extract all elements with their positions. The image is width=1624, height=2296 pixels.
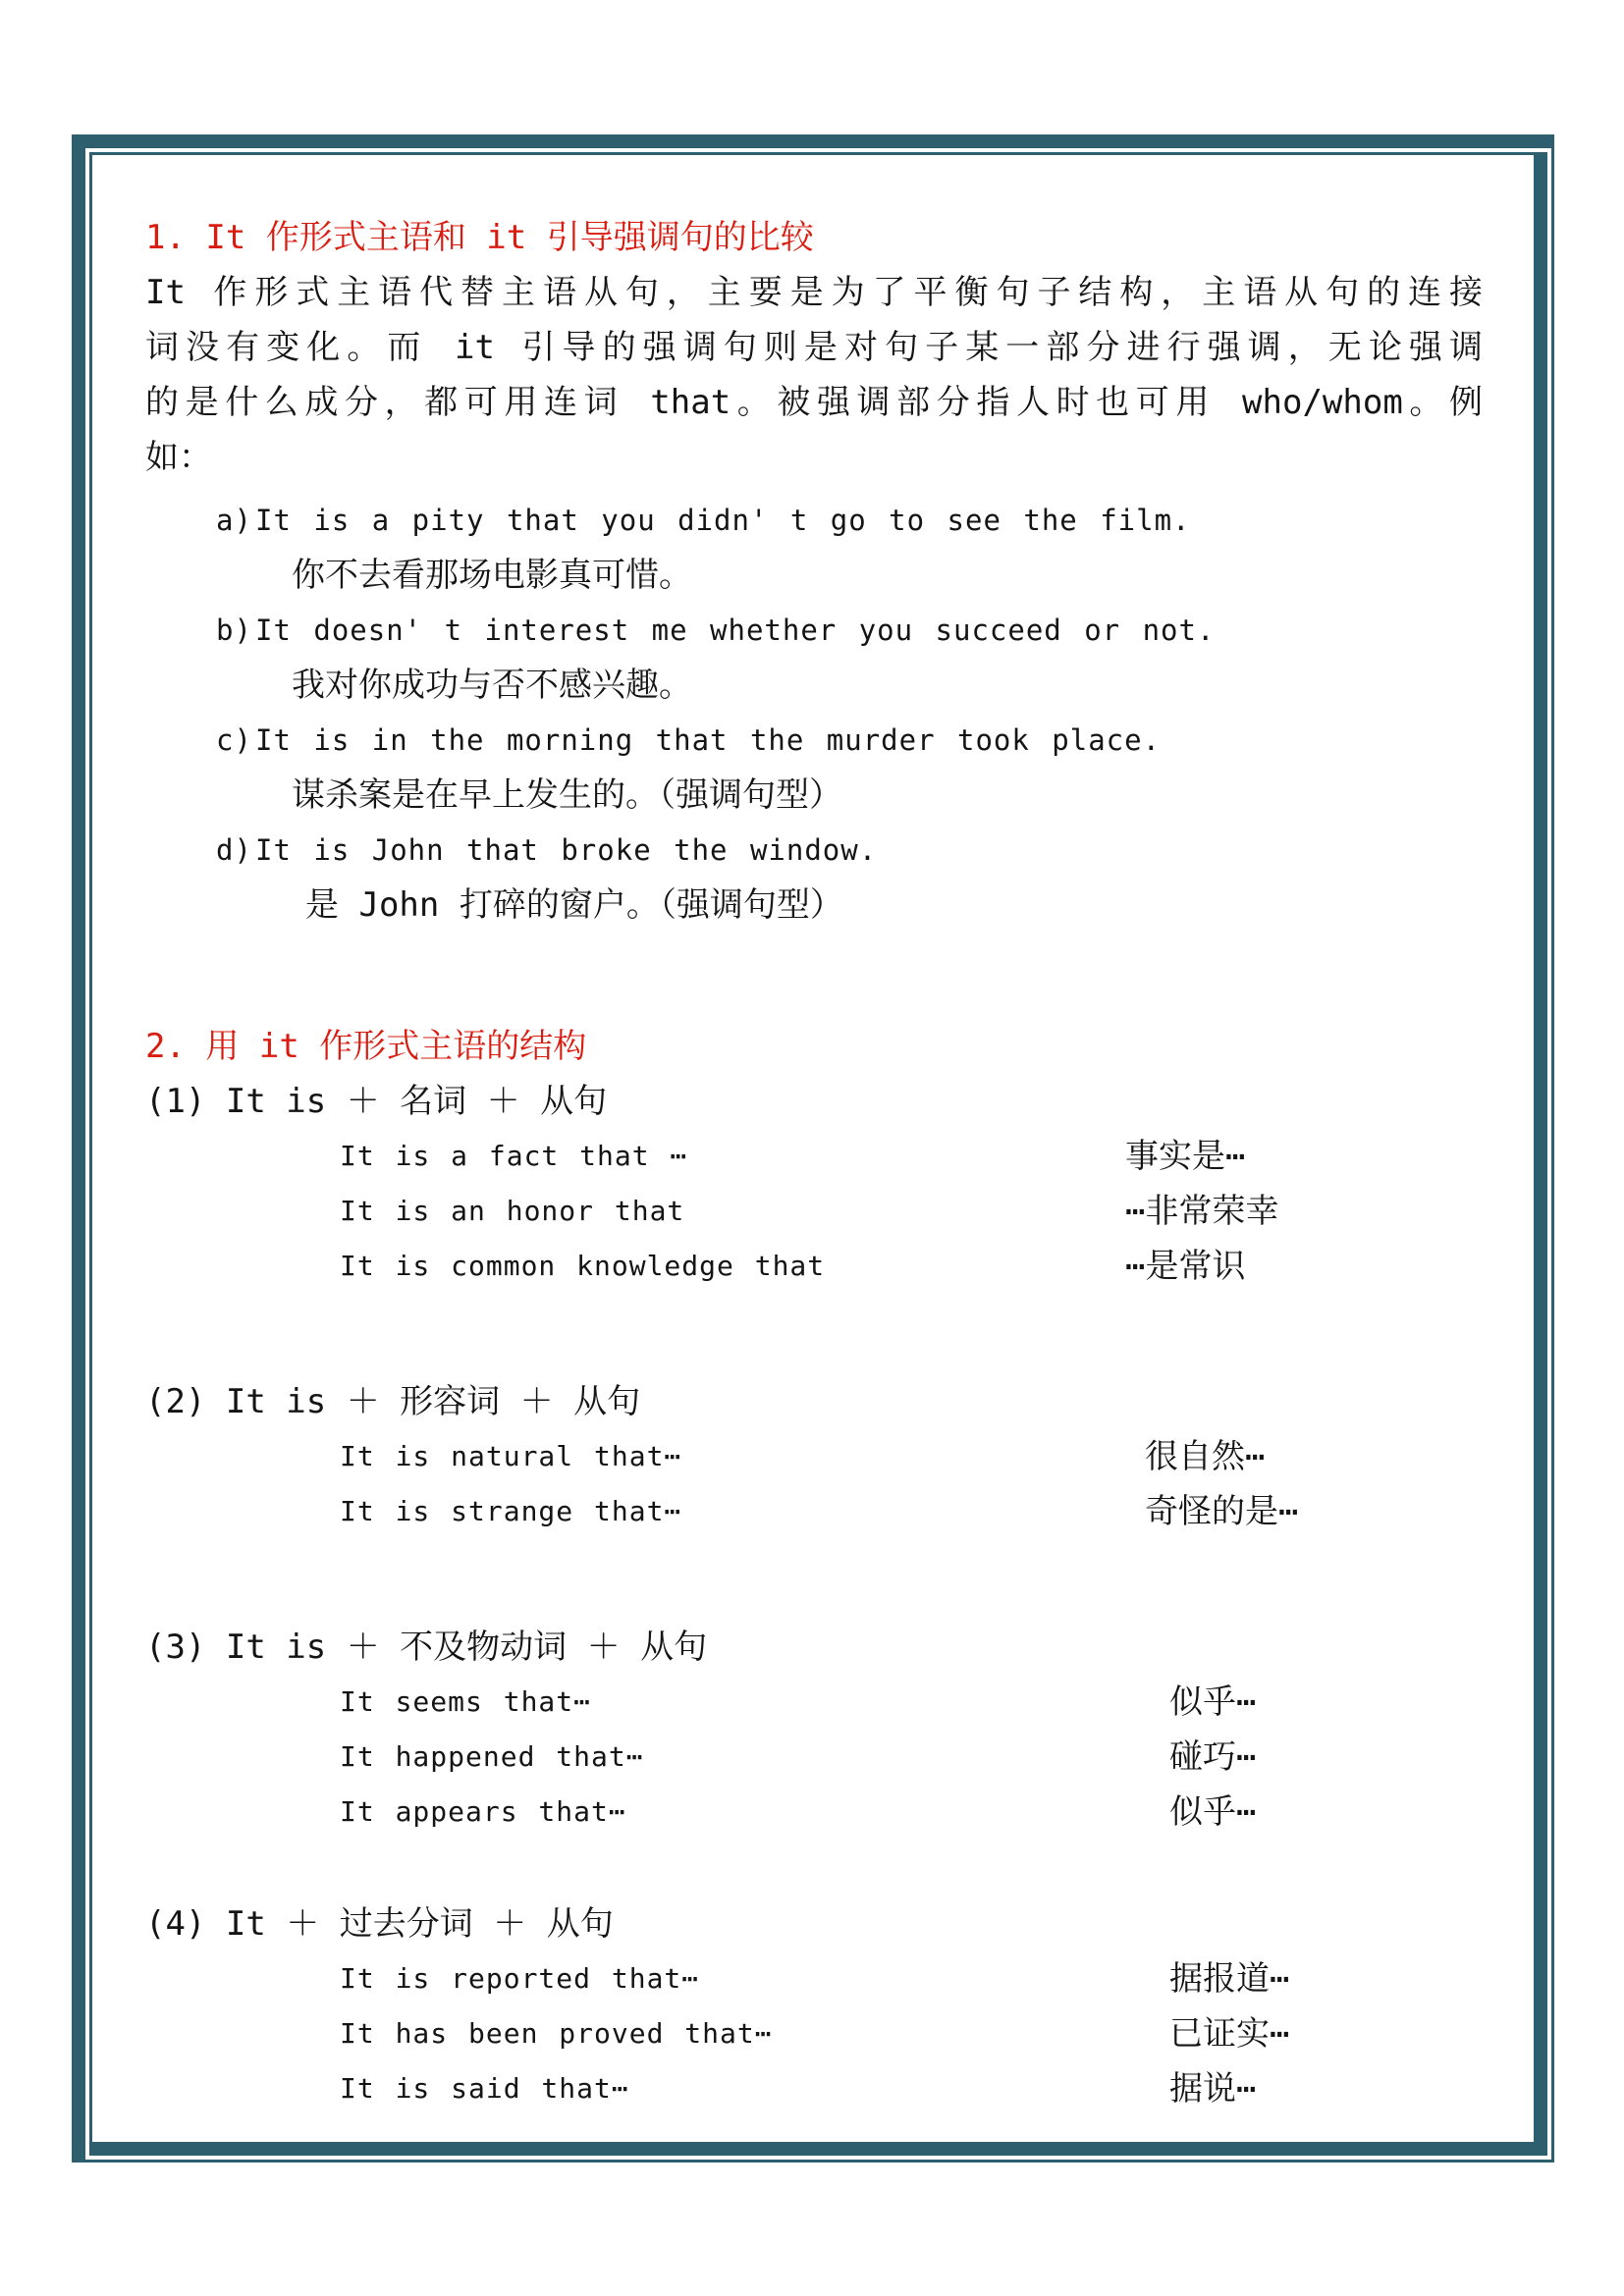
structure-group-1: (1) It is ＋ 名词 ＋ 从句 It is a fact that ⋯ … <box>145 1074 1483 1294</box>
structure-group-label: (2) It is ＋ 形容词 ＋ 从句 <box>145 1374 1483 1429</box>
structure-row: It is strange that⋯ 奇怪的是⋯ <box>145 1484 1483 1539</box>
structure-gloss: ⋯是常识 <box>1125 1239 1245 1294</box>
example-list: a) It is a pity that you didn' t go to s… <box>145 493 1483 933</box>
structure-group-label: (3) It is ＋ 不及物动词 ＋ 从句 <box>145 1620 1483 1675</box>
structure-pattern: It is a fact that ⋯ <box>340 1129 1125 1184</box>
structure-row: It is said that⋯ 据说⋯ <box>145 2061 1483 2116</box>
example-label: b) <box>216 603 255 658</box>
example-a-english: a) It is a pity that you didn' t go to s… <box>145 493 1483 548</box>
paragraph-line: It 作形式主语代替主语从句，主要是为了平衡句子结构，主语从句的连接 <box>145 265 1483 320</box>
structure-gloss: ⋯非常荣幸 <box>1125 1184 1278 1239</box>
example-sentence: It is John that broke the window. <box>255 823 877 878</box>
paragraph-line: 词没有变化。而 it 引导的强调句则是对句子某一部分进行强调，无论强调 <box>145 320 1483 375</box>
example-sentence: It is a pity that you didn' t go to see … <box>255 493 1191 548</box>
page-content: 1. It 作形式主语和 it 引导强调句的比较 It 作形式主语代替主语从句，… <box>92 155 1534 2142</box>
structure-row: It is a fact that ⋯ 事实是⋯ <box>145 1129 1483 1184</box>
example-label: a) <box>216 493 255 548</box>
structure-pattern: It has been proved that⋯ <box>340 2006 1125 2061</box>
structure-gloss: 很自然⋯ <box>1145 1429 1265 1484</box>
structure-group-4: (4) It ＋ 过去分词 ＋ 从句 It is reported that⋯ … <box>145 1896 1483 2116</box>
example-sentence: It is in the morning that the murder too… <box>255 713 1161 768</box>
example-sentence: It doesn' t interest me whether you succ… <box>255 603 1215 658</box>
example-b-english: b) It doesn' t interest me whether you s… <box>145 603 1483 658</box>
structure-pattern: It is strange that⋯ <box>340 1484 1125 1539</box>
structure-gloss: 似乎⋯ <box>1169 1675 1256 1730</box>
page-border-outer: 1. It 作形式主语和 it 引导强调句的比较 It 作形式主语代替主语从句，… <box>72 134 1554 2163</box>
document-page: 1. It 作形式主语和 it 引导强调句的比较 It 作形式主语代替主语从句，… <box>0 0 1624 2296</box>
structure-gloss: 事实是⋯ <box>1125 1129 1245 1184</box>
structure-gloss: 据说⋯ <box>1169 2061 1256 2116</box>
structure-gloss: 碰巧⋯ <box>1169 1730 1256 1785</box>
structure-row: It is reported that⋯ 据报道⋯ <box>145 1951 1483 2006</box>
structure-pattern: It appears that⋯ <box>340 1785 1125 1840</box>
section1-heading: 1. It 作形式主语和 it 引导强调句的比较 <box>145 210 1483 265</box>
structure-gloss: 已证实⋯ <box>1169 2006 1289 2061</box>
structure-gloss: 似乎⋯ <box>1169 1785 1256 1840</box>
structure-gloss: 据报道⋯ <box>1169 1951 1289 2006</box>
structure-row: It seems that⋯ 似乎⋯ <box>145 1675 1483 1730</box>
structure-group-label: (4) It ＋ 过去分词 ＋ 从句 <box>145 1896 1483 1951</box>
structure-group-2: (2) It is ＋ 形容词 ＋ 从句 It is natural that⋯… <box>145 1374 1483 1539</box>
example-label: c) <box>216 713 255 768</box>
structure-row: It is common knowledge that ⋯是常识 <box>145 1239 1483 1294</box>
example-c-translation: 谋杀案是在早上发生的。（强调句型） <box>145 768 1483 823</box>
example-c-english: c) It is in the morning that the murder … <box>145 713 1483 768</box>
paragraph-line: 如： <box>145 430 1483 485</box>
structure-pattern: It is said that⋯ <box>340 2061 1125 2116</box>
structure-group-3: (3) It is ＋ 不及物动词 ＋ 从句 It seems that⋯ 似乎… <box>145 1620 1483 1840</box>
structure-pattern: It is common knowledge that <box>340 1239 1125 1294</box>
structure-row: It happened that⋯ 碰巧⋯ <box>145 1730 1483 1785</box>
structure-gloss: 奇怪的是⋯ <box>1145 1484 1298 1539</box>
example-label: d) <box>216 823 255 878</box>
structure-pattern: It seems that⋯ <box>340 1675 1125 1730</box>
example-a-translation: 你不去看那场电影真可惜。 <box>145 548 1483 603</box>
structure-row: It is an honor that ⋯非常荣幸 <box>145 1184 1483 1239</box>
section2-heading: 2. 用 it 作形式主语的结构 <box>145 1019 1483 1074</box>
structure-group-label: (1) It is ＋ 名词 ＋ 从句 <box>145 1074 1483 1129</box>
structure-pattern: It is reported that⋯ <box>340 1951 1125 2006</box>
structure-pattern: It is an honor that <box>340 1184 1125 1239</box>
structure-pattern: It is natural that⋯ <box>340 1429 1125 1484</box>
example-d-translation: 是 John 打碎的窗户。（强调句型） <box>145 878 1483 933</box>
structure-row: It appears that⋯ 似乎⋯ <box>145 1785 1483 1840</box>
page-border-inner: 1. It 作形式主语和 it 引导强调句的比较 It 作形式主语代替主语从句，… <box>89 152 1547 2156</box>
example-d-english: d) It is John that broke the window. <box>145 823 1483 878</box>
paragraph-line: 的是什么成分，都可用连词 that。被强调部分指人时也可用 who/whom。例 <box>145 375 1483 430</box>
structure-row: It is natural that⋯ 很自然⋯ <box>145 1429 1483 1484</box>
structure-pattern: It happened that⋯ <box>340 1730 1125 1785</box>
structure-row: It has been proved that⋯ 已证实⋯ <box>145 2006 1483 2061</box>
example-b-translation: 我对你成功与否不感兴趣。 <box>145 658 1483 713</box>
